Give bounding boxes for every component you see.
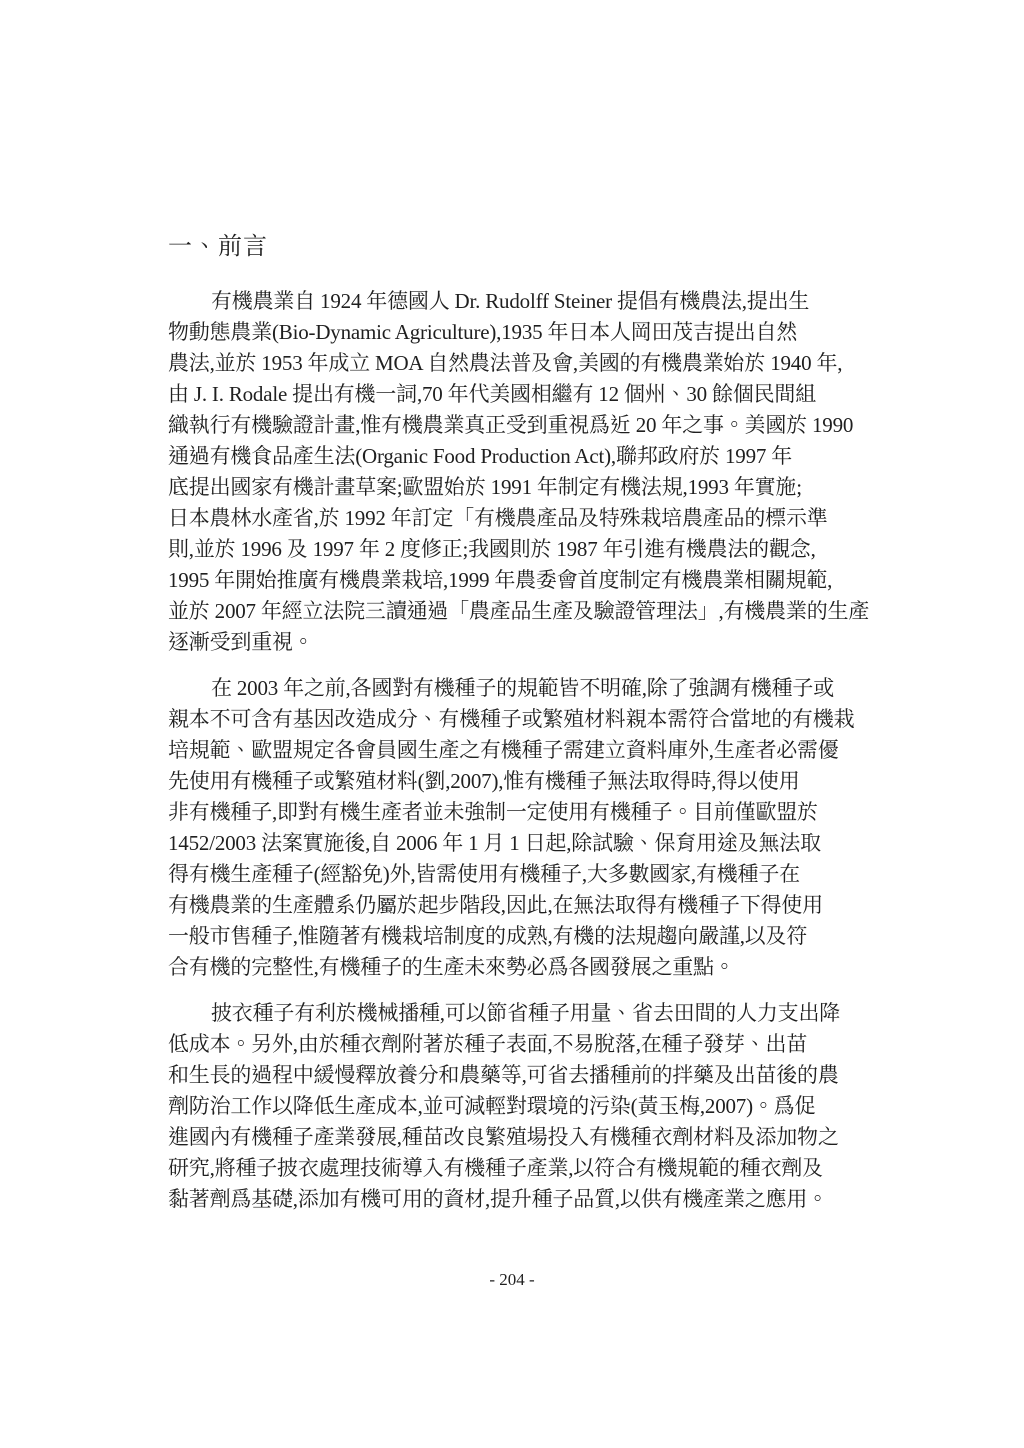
text-line: 培規範、歐盟規定各會員國生產之有機種子需建立資料庫外,生產者必需優: [168, 735, 868, 766]
page-number: - 204 -: [0, 1268, 1024, 1292]
section-heading: 一、前言: [168, 230, 868, 264]
text-line: 低成本。另外,由於種衣劑附著於種子表面,不易脫落,在種子發芽、出苗: [168, 1029, 868, 1060]
text-line: 農法,並於 1953 年成立 MOA 自然農法普及會,美國的有機農業始於 194…: [168, 348, 868, 379]
text-line: 在 2003 年之前,各國對有機種子的規範皆不明確,除了強調有機種子或: [168, 673, 868, 704]
paragraph-1: 有機農業自 1924 年德國人 Dr. Rudolff Steiner 提倡有機…: [168, 286, 868, 658]
text-line: 日本農林水產省,於 1992 年訂定「有機農產品及特殊栽培農產品的標示準: [168, 503, 868, 534]
text-line: 進國內有機種子產業發展,種苗改良繁殖場投入有機種衣劑材料及添加物之: [168, 1122, 868, 1153]
document-page: 一、前言 有機農業自 1924 年德國人 Dr. Rudolff Steiner…: [0, 0, 1024, 1448]
text-line: 非有機種子,即對有機生產者並未強制一定使用有機種子。目前僅歐盟於: [168, 797, 868, 828]
text-line: 和生長的過程中緩慢釋放養分和農藥等,可省去播種前的拌藥及出苗後的農: [168, 1060, 868, 1091]
text-line: 劑防治工作以降低生產成本,並可減輕對環境的污染(黃玉梅,2007)。爲促: [168, 1091, 868, 1122]
text-line: 底提出國家有機計畫草案;歐盟始於 1991 年制定有機法規,1993 年實施;: [168, 472, 868, 503]
text-line: 1995 年開始推廣有機農業栽培,1999 年農委會首度制定有機農業相關規範,: [168, 565, 868, 596]
text-line: 物動態農業(Bio-Dynamic Agriculture),1935 年日本人…: [168, 317, 868, 348]
text-line: 黏著劑爲基礎,添加有機可用的資材,提升種子品質,以供有機產業之應用。: [168, 1184, 868, 1215]
paragraph-3: 披衣種子有利於機械播種,可以節省種子用量、省去田間的人力支出降 低成本。另外,由…: [168, 998, 868, 1215]
paragraph-2: 在 2003 年之前,各國對有機種子的規範皆不明確,除了強調有機種子或 親本不可…: [168, 673, 868, 983]
text-line: 並於 2007 年經立法院三讀通過「農產品生產及驗證管理法」,有機農業的生產: [168, 596, 868, 627]
text-line: 織執行有機驗證計畫,惟有機農業真正受到重視爲近 20 年之事。美國於 1990: [168, 410, 868, 441]
text-line: 研究,將種子披衣處理技術導入有機種子產業,以符合有機規範的種衣劑及: [168, 1153, 868, 1184]
text-line: 1452/2003 法案實施後,自 2006 年 1 月 1 日起,除試驗、保育…: [168, 828, 868, 859]
text-line: 逐漸受到重視。: [168, 627, 868, 658]
text-line: 披衣種子有利於機械播種,可以節省種子用量、省去田間的人力支出降: [168, 998, 868, 1029]
text-line: 一般市售種子,惟隨著有機栽培制度的成熟,有機的法規趨向嚴謹,以及符: [168, 921, 868, 952]
text-line: 有機農業的生產體系仍屬於起步階段,因此,在無法取得有機種子下得使用: [168, 890, 868, 921]
text-line: 有機農業自 1924 年德國人 Dr. Rudolff Steiner 提倡有機…: [168, 286, 868, 317]
text-line: 則,並於 1996 及 1997 年 2 度修正;我國則於 1987 年引進有機…: [168, 534, 868, 565]
text-line: 合有機的完整性,有機種子的生產未來勢必爲各國發展之重點。: [168, 952, 868, 983]
text-line: 得有機生產種子(經豁免)外,皆需使用有機種子,大多數國家,有機種子在: [168, 859, 868, 890]
document-body: 一、前言 有機農業自 1924 年德國人 Dr. Rudolff Steiner…: [168, 230, 868, 1230]
text-line: 通過有機食品產生法(Organic Food Production Act),聯…: [168, 441, 868, 472]
text-line: 先使用有機種子或繁殖材料(劉,2007),惟有機種子無法取得時,得以使用: [168, 766, 868, 797]
text-line: 由 J. I. Rodale 提出有機一詞,70 年代美國相繼有 12 個州、3…: [168, 379, 868, 410]
text-line: 親本不可含有基因改造成分、有機種子或繁殖材料親本需符合當地的有機栽: [168, 704, 868, 735]
